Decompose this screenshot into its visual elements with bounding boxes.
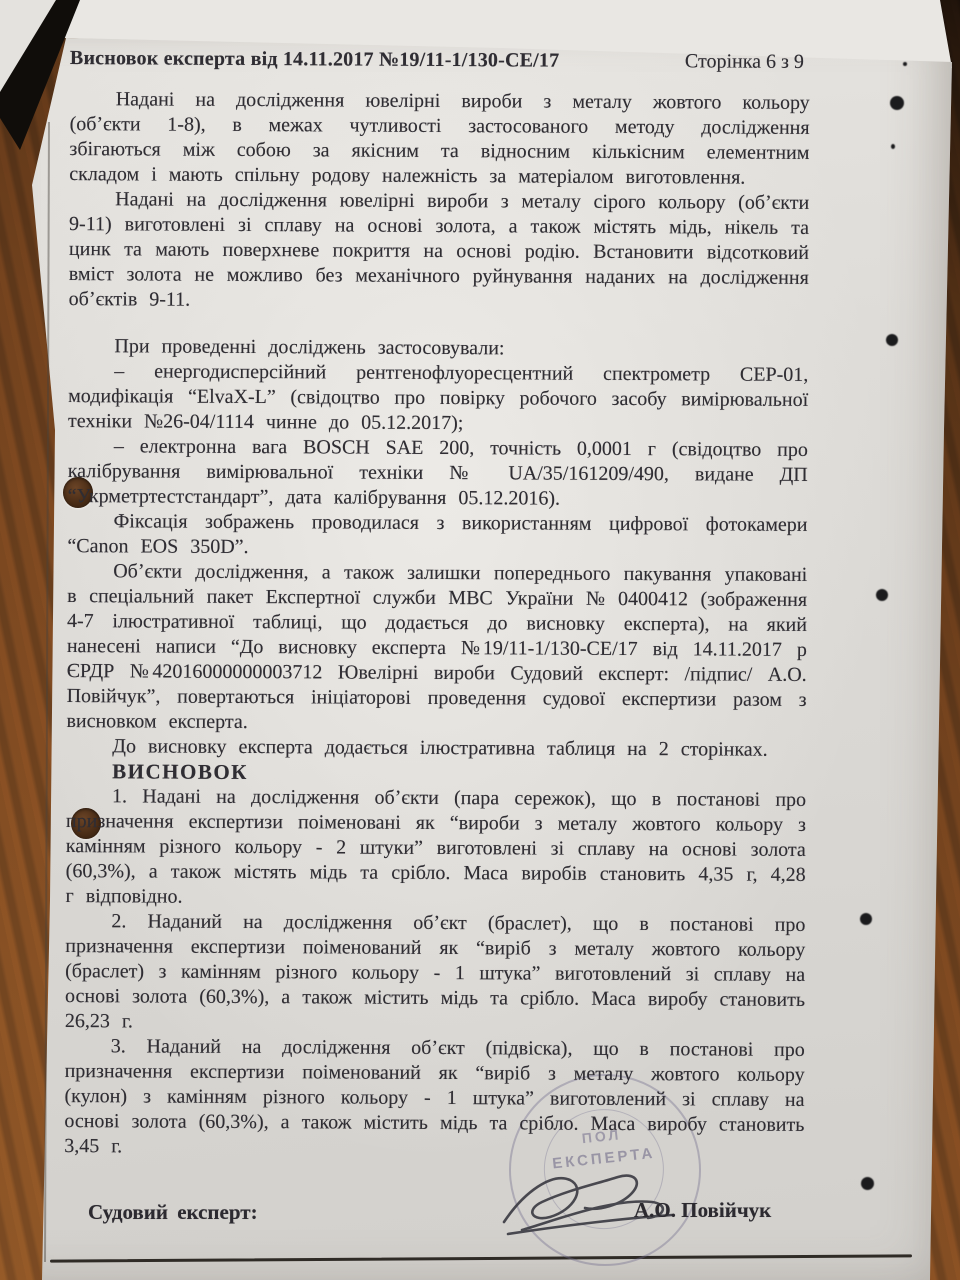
toner-dot [886, 334, 898, 346]
toner-dot [903, 62, 907, 66]
paragraph-photo-fixation: Фіксація зображень проводилася з викорис… [67, 509, 807, 563]
expert-name: А.О. Повійчук [634, 1198, 771, 1223]
toner-dot [891, 144, 895, 149]
paragraph-appendix-note: До висновку експерта додається ілюстрати… [66, 734, 806, 763]
page-header: Висновок експерта від 14.11.2017 №19/11-… [70, 46, 810, 75]
paragraph-findings-grey-metal: Надані на дослідження ювелірні вироби з … [69, 187, 810, 316]
paragraph-method-spectrometer: – енергодисперсійний рентгенофлуоресцент… [68, 359, 808, 438]
conclusion-heading: ВИСНОВОК [66, 759, 806, 788]
conclusion-item-pendant: 3. Наданий на дослідження об’єкт (підвіс… [64, 1034, 805, 1163]
document-title: Висновок експерта від 14.11.2017 №19/11-… [70, 46, 560, 74]
paragraph-packaging: Об’єкти дослідження, а також залишки поп… [66, 559, 807, 738]
paragraph-methods-intro: При проведенні досліджень застосовували: [68, 334, 808, 363]
conclusion-item-bracelet: 2. Наданий на дослідження об’єкт (брасле… [65, 909, 806, 1038]
toner-dot [890, 96, 904, 110]
toner-dot [861, 1177, 874, 1190]
paragraph-method-scales: – електронна вага BOSCH SAE 200, точніст… [68, 434, 808, 513]
toner-dot [876, 589, 888, 601]
page-number: Сторінка 6 з 9 [685, 49, 810, 75]
paragraph-findings-yellow-metal: Надані на дослідження ювелірні вироби з … [69, 87, 810, 191]
footer-role-label: Судовий експерт: [88, 1200, 258, 1225]
conclusion-item-earrings: 1. Надані на дослідження об’єкти (пара с… [65, 784, 806, 913]
document-body: Висновок експерта від 14.11.2017 №19/11-… [64, 46, 810, 1163]
toner-dot [860, 913, 872, 925]
